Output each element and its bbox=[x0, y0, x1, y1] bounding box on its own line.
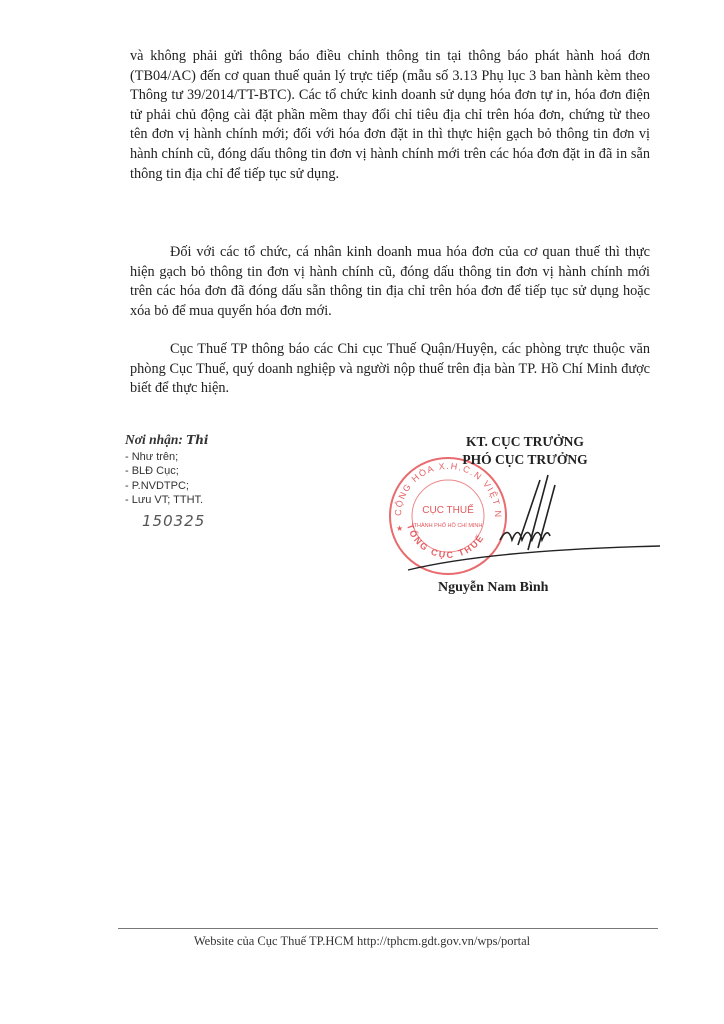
signature-title: KT. CỤC TRƯỞNG PHÓ CỤC TRƯỞNG bbox=[435, 433, 615, 469]
recipient-item: - Lưu VT; TTHT. bbox=[125, 493, 208, 508]
recipients-header: Nơi nhận: Thi bbox=[125, 433, 208, 448]
handwritten-initial: Thi bbox=[186, 433, 208, 447]
body-paragraph-1: và không phải gửi thông báo điều chỉnh t… bbox=[130, 47, 650, 184]
signer-name: Nguyễn Nam Bình bbox=[438, 580, 548, 596]
handwritten-signature bbox=[400, 470, 660, 585]
recipients-header-label: Nơi nhận: bbox=[125, 432, 183, 447]
signature-line-2: PHÓ CỤC TRƯỞNG bbox=[435, 451, 615, 469]
footer-divider bbox=[118, 928, 658, 929]
recipient-item: - Như trên; bbox=[125, 450, 208, 465]
signature-line-1: KT. CỤC TRƯỞNG bbox=[435, 433, 615, 451]
footer-website: Website của Cục Thuế TP.HCM http://tphcm… bbox=[0, 934, 724, 949]
recipient-item: - BLĐ Cục; bbox=[125, 464, 208, 479]
recipients-block: Nơi nhận: Thi - Như trên; - BLĐ Cục; - P… bbox=[125, 433, 208, 508]
body-paragraph-3: Cục Thuế TP thông báo các Chi cục Thuế Q… bbox=[130, 340, 650, 399]
recipient-item: - P.NVDTPC; bbox=[125, 479, 208, 494]
body-paragraph-2: Đối với các tổ chức, cá nhân kinh doanh … bbox=[130, 243, 650, 321]
handwritten-number: 150325 bbox=[142, 512, 205, 530]
